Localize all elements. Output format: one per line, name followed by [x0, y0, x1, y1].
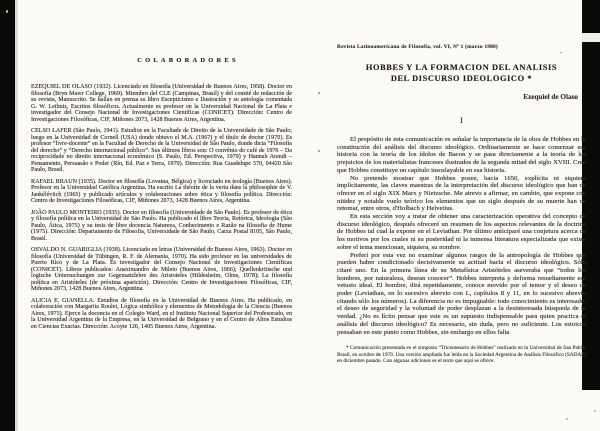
scan-speckle	[318, 150, 320, 152]
contributors-heading: COLABORADORES	[118, 57, 258, 64]
scan-speckle	[594, 410, 596, 412]
contributor-entry-rafael-braun: RAFAEL BRAUN (1935). Doctor en filosofía…	[31, 179, 292, 205]
article-footnote: * Comunicación presentada en el simposio…	[337, 345, 586, 364]
contributor-entry-ezequiel-de-olaso: EZEQUIEL DE OLASO (1932). Licenciado en …	[31, 84, 292, 123]
section-numeral: I	[337, 116, 586, 125]
scan-gutter-strip	[15, 0, 18, 431]
contributor-entry-celso-lafer: CELSO LAFER (São Paulo, 1941). Estudios …	[31, 128, 292, 174]
contributor-entry-joao-paulo-monteiro: JOÃO PAULO MONTEIRO (1935). Doctor en fi…	[31, 210, 292, 243]
scan-speckle	[6, 10, 8, 13]
article-title: HOBBES Y LA FORMACION DEL ANALISIS DEL D…	[337, 63, 586, 84]
article-paragraph-2: No pretendo mostrar que Hobbes posee, ha…	[337, 175, 586, 214]
scan-speckle	[560, 52, 562, 53]
contributors-page-column: EZEQUIEL DE OLASO (1932). Licenciado en …	[31, 84, 292, 335]
journal-citation-line: Revista Latinoamericana de Filosofía, vo…	[337, 44, 586, 50]
scan-edge-right-notch	[582, 33, 600, 42]
article-author: Ezequiel de Olaso	[337, 93, 586, 101]
contributor-entry-osvaldo-guariglia: OSVALDO N. GUARIGLIA (1938). Licenciado …	[31, 247, 292, 293]
article-paragraph-3: En esta sección voy a tratar de obtener …	[337, 213, 586, 252]
article-page-column: Revista Latinoamericana de Filosofía, vo…	[337, 44, 586, 364]
scan-edge-left-bar	[0, 0, 15, 431]
scanned-journal-spread: COLABORADORES EZEQUIEL DE OLASO (1932). …	[0, 0, 600, 431]
contributor-entry-alicia-gianella: ALICIA E. GIANELLA. Estudios de filosofí…	[31, 298, 292, 331]
article-paragraph-4: Preferí por esta vez no examinar algunos…	[337, 252, 586, 337]
scan-speckle	[318, 92, 320, 94]
article-title-line-1: HOBBES Y LA FORMACION DEL ANALISIS	[337, 63, 586, 74]
article-title-line-2: DEL DISCURSO IDEOLOGICO *	[337, 74, 586, 85]
article-paragraph-1: El propósito de esta comunicación es señ…	[337, 136, 586, 175]
scan-speckle	[566, 418, 568, 420]
